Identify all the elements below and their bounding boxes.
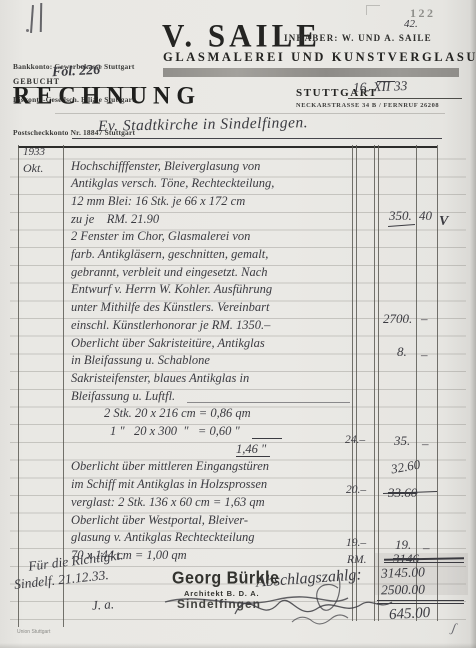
amount-pf: – (422, 436, 429, 452)
total-rule (377, 603, 464, 604)
total-paid: 2500.00 (381, 582, 425, 599)
printer-imprint: Union Stuttgart (17, 629, 50, 635)
amount-pf: – (421, 311, 428, 327)
desc-line: Oberlicht über Sakristeitüre, Antikglas (71, 336, 265, 351)
desc-line: zu je RM. 21.90 (71, 212, 159, 227)
desc-line: Sakristeifenster, blaues Antikglas in (71, 371, 249, 386)
amount-rm: 2700. (383, 311, 412, 327)
strike-line (384, 562, 464, 563)
subject-handwriting: Ev. Stadtkirche in Sindelfingen. (98, 114, 308, 136)
ja-handwriting: J. a. (91, 596, 114, 613)
page-edge-shadow (0, 643, 476, 648)
text-underline (252, 438, 282, 439)
pen-dot-mark (26, 29, 29, 32)
amount-rm: 350. (389, 208, 412, 224)
company-subtitle: GLASMALEREI UND KUNSTVERGLASUNG (163, 50, 476, 65)
checkmark: V (439, 214, 448, 230)
desc-line: Antikglas versch. Töne, Rechteckteilung, (71, 176, 274, 191)
subject-underline (72, 138, 442, 139)
gebucht-folio-handwriting: Fol. 226 (52, 63, 101, 82)
address-line: NECKARSTRASSE 34 B / FERNRUF 26208 (296, 102, 439, 109)
amount-unit: 19.– (346, 537, 366, 549)
table-vline (416, 145, 417, 621)
page-edge-shadow (470, 0, 476, 648)
desc-line: glasung v. Antikglas Rechteckteilung (71, 530, 255, 545)
desc-line: Oberlicht über mittleren Eingangstüren (71, 459, 269, 474)
table-vline (356, 145, 357, 621)
amount-rm: 35. (394, 433, 410, 449)
amount-unit: 20.– (346, 484, 366, 496)
handwritten-number: 42. (404, 18, 418, 30)
table-vline (437, 145, 438, 621)
table-vline (18, 145, 19, 627)
text-underline (236, 456, 270, 457)
desc-line: 1 " 20 x 300 " = 0,60 " (110, 424, 240, 439)
document-title: RECHNUNG (13, 82, 201, 110)
desc-line: in Bleifassung u. Schablone (71, 353, 210, 368)
desc-line: verglast: 2 Stk. 136 x 60 cm = 1,63 qm (71, 495, 265, 510)
desc-line: Entwurf v. Herrn W. Kohler. Ausführung (71, 282, 272, 297)
date-underline (348, 98, 462, 99)
entry-month: Okt. (23, 161, 43, 176)
desc-line: Oberlicht über Westportal, Bleiver- (71, 513, 248, 528)
total-rule (377, 600, 464, 601)
header-gray-bar (163, 68, 459, 77)
desc-line: im Schiff mit Antikglas in Holzsprossen (71, 477, 267, 492)
desc-line: unter Mithilfe des Künstlers. Vereinbart (71, 300, 269, 315)
architect-stamp-city: Sindelfingen (177, 597, 261, 611)
total-balance: 645.00 (389, 605, 431, 624)
table-vline (352, 145, 353, 621)
amount-pf: 40 (419, 208, 432, 224)
pen-stroke-mark (30, 5, 34, 33)
faint-line (55, 113, 445, 114)
table-vline (378, 145, 379, 621)
faint-stamp-mark (366, 5, 380, 15)
desc-line: gebrannt, verbleit und eingesetzt. Nach (71, 265, 268, 280)
desc-line: Hochschifffenster, Bleiverglasung von (71, 159, 260, 174)
currency-label: RM. (347, 554, 366, 566)
desc-line: Bleifassung u. Luftfl. (71, 389, 175, 404)
desc-line: 12 mm Blei: 16 Stk. je 66 x 172 cm (71, 194, 245, 209)
desc-line: einschl. Künstlerhonorar je RM. 1350.– (71, 318, 270, 333)
invoice-document: Bankkonto: Gewerbekasse Stuttgart Diskon… (0, 0, 476, 648)
pen-stroke-mark (40, 3, 43, 32)
amount-rm: 8. (397, 344, 407, 360)
architect-stamp-name: Georg Bürkle (172, 569, 279, 588)
desc-line: 1,46 " (236, 442, 266, 457)
desc-line: farb. Antikgläsern, geschnitten, gemalt, (71, 247, 268, 262)
total-gross: 3145.00 (381, 564, 425, 582)
roman-numeral-overline (377, 81, 395, 82)
desc-line: 2 Fenster im Chor, Glasmalerei von (71, 229, 250, 244)
entry-year: 1933 (23, 146, 45, 158)
amount-pf: – (421, 347, 428, 363)
amount-unit: 24.– (345, 434, 365, 446)
table-vline (374, 145, 375, 621)
desc-line: 2 Stk. 20 x 216 cm = 0,86 qm (104, 406, 251, 421)
text-underline (187, 402, 350, 403)
company-owner: INHABER: W. UND A. SAILE (284, 33, 432, 43)
